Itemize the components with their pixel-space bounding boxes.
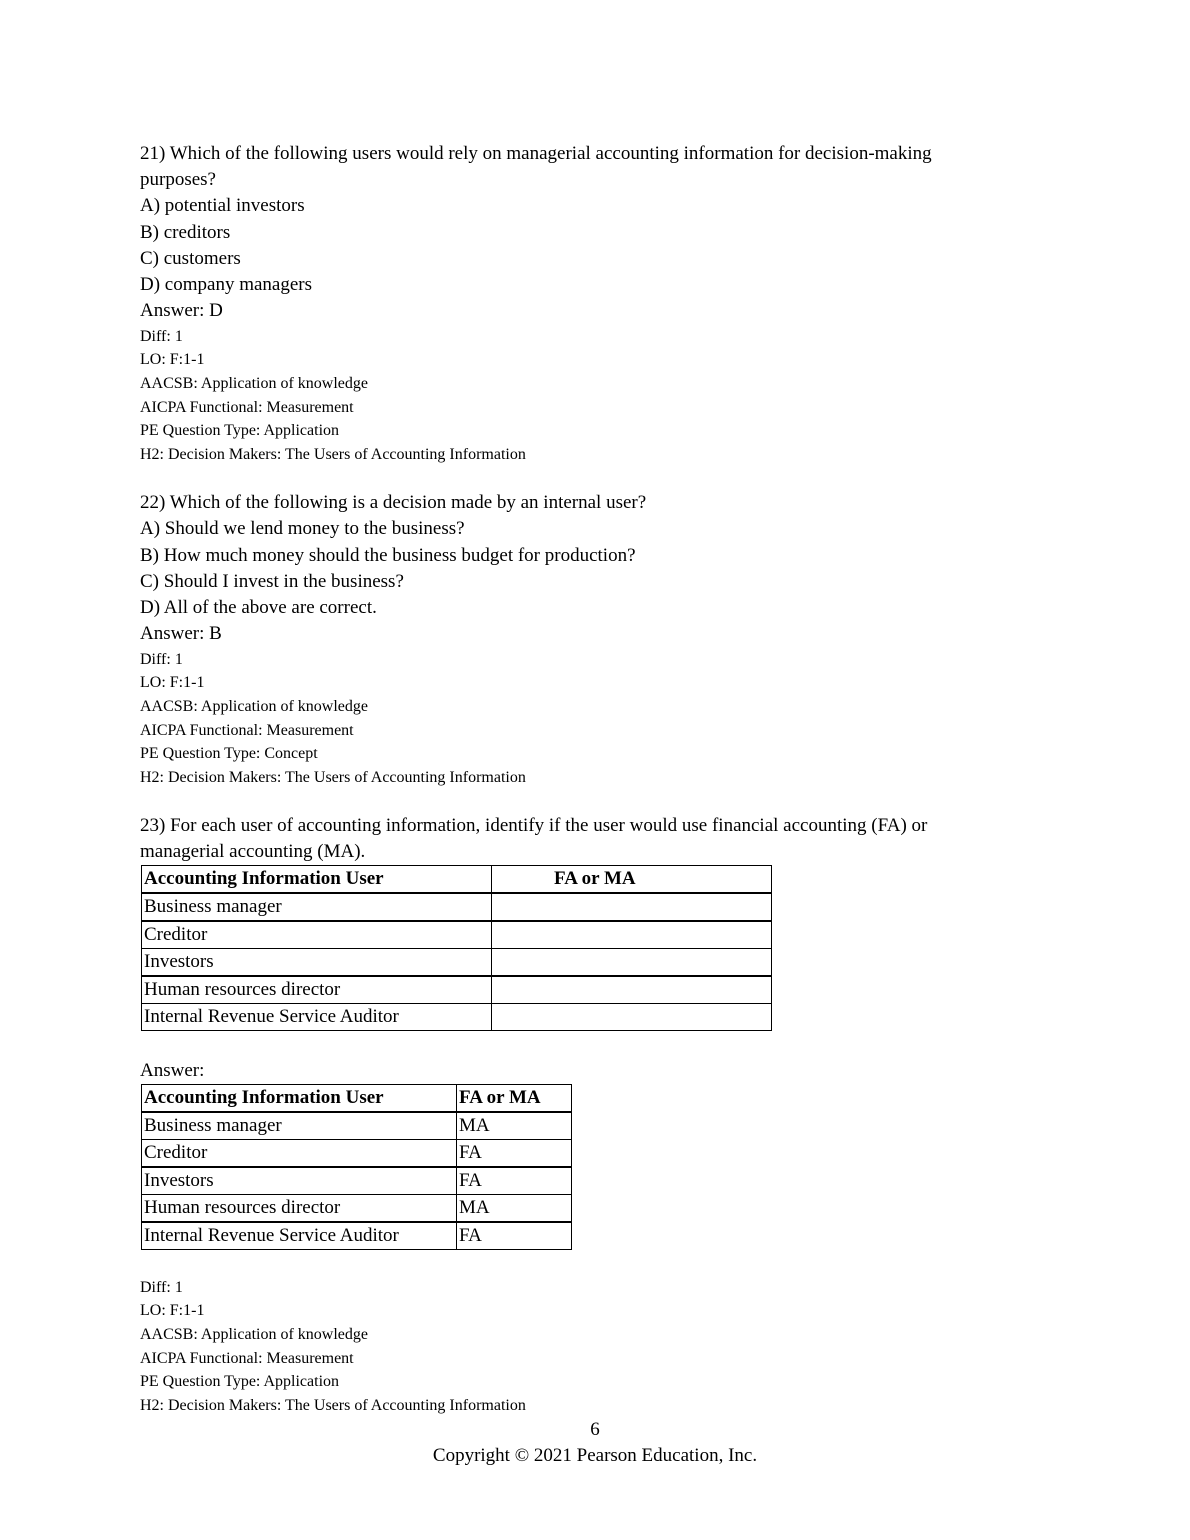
meta-h2: H2: Decision Makers: The Users of Accoun… (140, 766, 526, 789)
meta-lo: LO: F:1-1 (140, 671, 204, 694)
option-a: A) Should we lend money to the business? (140, 516, 465, 542)
option-a: A) potential investors (140, 193, 305, 219)
column-header-fa-or-ma: FA or MA (457, 1085, 572, 1113)
option-b: B) creditors (140, 220, 230, 246)
question-table: Accounting Information User FA or MA Bus… (141, 865, 772, 1031)
meta-h2: H2: Decision Makers: The Users of Accoun… (140, 443, 526, 466)
meta-question-type: PE Question Type: Concept (140, 742, 318, 765)
option-d: D) All of the above are correct. (140, 595, 377, 621)
answer-table: Accounting Information User FA or MA Bus… (141, 1084, 572, 1250)
question-stem: 21) Which of the following users would r… (140, 141, 932, 167)
meta-diff: Diff: 1 (140, 648, 183, 671)
table-row: Business manager (142, 893, 772, 921)
option-b: B) How much money should the business bu… (140, 543, 636, 569)
meta-aicpa: AICPA Functional: Measurement (140, 719, 354, 742)
table-row: Investors FA (142, 1167, 572, 1195)
meta-h2: H2: Decision Makers: The Users of Accoun… (140, 1394, 526, 1417)
meta-aicpa: AICPA Functional: Measurement (140, 396, 354, 419)
option-c: C) customers (140, 246, 241, 272)
meta-question-type: PE Question Type: Application (140, 1370, 339, 1393)
meta-diff: Diff: 1 (140, 1276, 183, 1299)
question-stem: 22) Which of the following is a decision… (140, 490, 646, 516)
table-row: Business manager MA (142, 1112, 572, 1140)
option-c: C) Should I invest in the business? (140, 569, 404, 595)
question-stem-continued: managerial accounting (MA). (140, 839, 365, 865)
table-row: Human resources director MA (142, 1195, 572, 1223)
answer: Answer: D (140, 298, 223, 324)
meta-aacsb: AACSB: Application of knowledge (140, 372, 368, 395)
page-number: 6 (0, 1419, 1190, 1441)
table-row: Internal Revenue Service Auditor FA (142, 1222, 572, 1250)
question-stem: 23) For each user of accounting informat… (140, 813, 927, 839)
question-stem-continued: purposes? (140, 167, 216, 193)
table-row: Creditor FA (142, 1140, 572, 1168)
table-row: Internal Revenue Service Auditor (142, 1004, 772, 1031)
option-d: D) company managers (140, 272, 312, 298)
column-header-fa-or-ma: FA or MA (492, 866, 772, 894)
table-row: Human resources director (142, 976, 772, 1004)
column-header-user: Accounting Information User (142, 1085, 457, 1113)
answer: Answer: B (140, 621, 222, 647)
meta-diff: Diff: 1 (140, 325, 183, 348)
meta-question-type: PE Question Type: Application (140, 419, 339, 442)
meta-lo: LO: F:1-1 (140, 1299, 204, 1322)
meta-aacsb: AACSB: Application of knowledge (140, 695, 368, 718)
copyright-notice: Copyright © 2021 Pearson Education, Inc. (0, 1445, 1190, 1467)
meta-lo: LO: F:1-1 (140, 348, 204, 371)
answer-label: Answer: (140, 1058, 204, 1084)
column-header-user: Accounting Information User (142, 866, 492, 894)
table-row: Investors (142, 949, 772, 977)
meta-aacsb: AACSB: Application of knowledge (140, 1323, 368, 1346)
meta-aicpa: AICPA Functional: Measurement (140, 1347, 354, 1370)
table-row: Creditor (142, 921, 772, 949)
